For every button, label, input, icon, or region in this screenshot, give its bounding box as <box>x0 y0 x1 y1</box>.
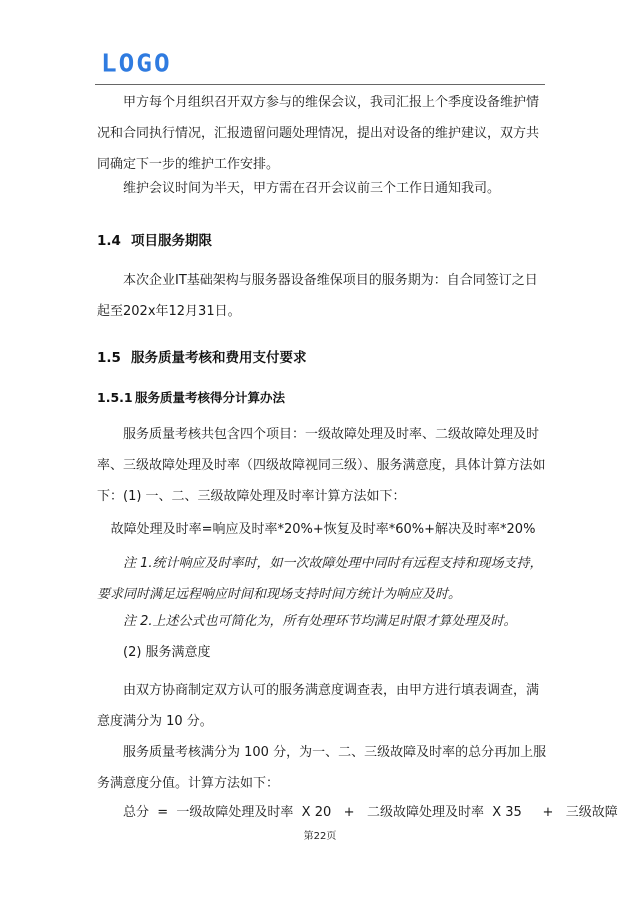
paragraph-maintenance-meeting: 甲方每个月组织召开双方参与的维保会议，我司汇报上个季度设备维护情况和合同执行情况… <box>97 87 549 180</box>
note-1: 注 1.统计响应及时率时，如一次故障处理中同时有远程支持和现场支持，要求同时满足… <box>97 548 549 610</box>
formula-timeliness: 故障处理及时率=响应及时率*20%+恢复及时率*60%+解决及时率*20% <box>97 520 549 540</box>
paragraph-service-period: 本次企业IT基础架构与服务器设备维保项目的服务期为：自合同签订之日起至202x年… <box>97 265 549 327</box>
note-2: 注 2.上述公式也可简化为，所有处理环节均满足时限才算处理及时。 <box>97 606 549 637</box>
section-number: 1.5.1 <box>97 389 135 407</box>
section-heading-1-4: 1.4项目服务期限 <box>97 232 212 250</box>
logo: LOGO <box>101 51 172 78</box>
header-divider <box>95 84 545 85</box>
list-item-2: (2) 服务满意度 <box>97 637 549 668</box>
section-title: 服务质量考核得分计算办法 <box>135 390 285 405</box>
formula-total-score: 总分 = 一级故障处理及时率 X 20 + 二级故障处理及时率 X 35 + 三… <box>123 803 618 823</box>
section-heading-1-5-1: 1.5.1服务质量考核得分计算办法 <box>97 389 285 407</box>
section-title: 项目服务期限 <box>131 233 212 249</box>
section-title: 服务质量考核和费用支付要求 <box>131 350 307 366</box>
paragraph-satisfaction: 由双方协商制定双方认可的服务满意度调查表，由甲方进行填表调查，满意度满分为 10… <box>97 675 549 737</box>
section-number: 1.5 <box>97 349 131 367</box>
list-item-1: (1) 一、二、三级故障处理及时率计算方法如下： <box>97 481 549 512</box>
paragraph-meeting-notice: 维护会议时间为半天，甲方需在召开会议前三个工作日通知我司。 <box>97 173 549 204</box>
document-page: LOGO 甲方每个月组织召开双方参与的维保会议，我司汇报上个季度设备维护情况和合… <box>0 0 640 906</box>
section-heading-1-5: 1.5服务质量考核和费用支付要求 <box>97 349 307 367</box>
section-number: 1.4 <box>97 232 131 250</box>
page-number: 第22页 <box>0 827 640 842</box>
paragraph-total-score: 服务质量考核满分为 100 分，为一、二、三级故障及时率的总分再加上服务满意度分… <box>97 737 549 799</box>
